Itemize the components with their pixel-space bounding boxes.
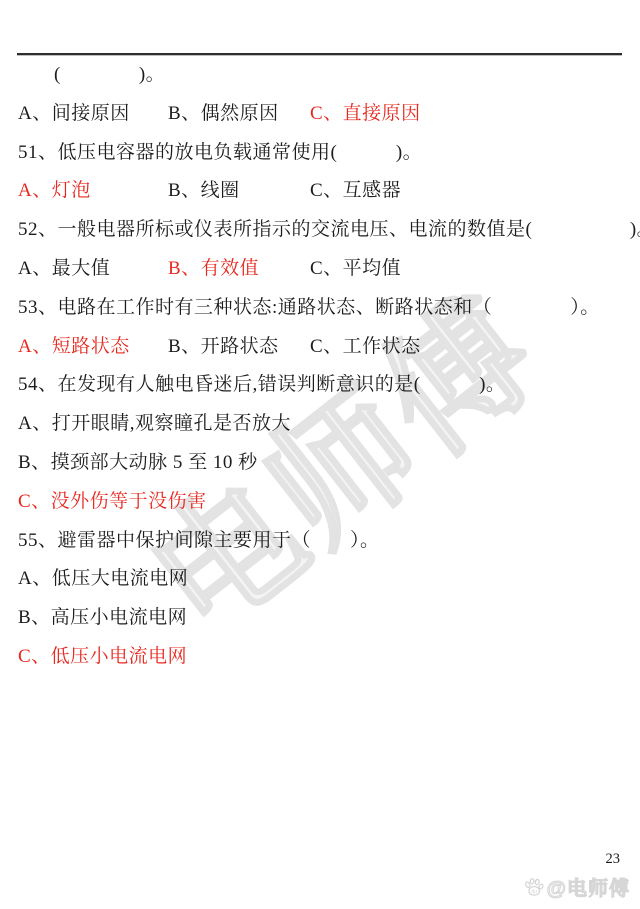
text-segment: A、最大值	[18, 250, 168, 289]
correct-answer-text: A、短路状态	[18, 328, 168, 367]
text-segment: 52、一般电器所标或仪表所指示的交流电压、电流的数值是( )。	[18, 219, 640, 240]
correct-answer-text: B、有效值	[168, 250, 310, 289]
text-segment: 53、电路在工作时有三种状态:通路状态、断路状态和（ ）。	[18, 297, 600, 318]
text-segment: A、间接原因	[18, 95, 168, 134]
baidu-paw-icon: du	[523, 876, 545, 898]
text-segment: B、线圈	[168, 172, 310, 211]
page-number: 23	[606, 851, 621, 868]
text-line: B、高压小电流电网	[18, 599, 628, 638]
text-line: 54、在发现有人触电昏迷后,错误判断意识的是( )。	[18, 366, 628, 405]
text-line: 52、一般电器所标或仪表所指示的交流电压、电流的数值是( )。	[18, 211, 628, 250]
text-line: C、低压小电流电网	[18, 638, 628, 677]
correct-answer-text: C、直接原因	[310, 95, 421, 134]
text-segment: B、高压小电流电网	[18, 607, 187, 628]
text-segment: C、工作状态	[310, 328, 421, 367]
text-segment: B、摸颈部大动脉 5 至 10 秒	[18, 452, 258, 473]
text-line: 51、低压电容器的放电负载通常使用( )。	[18, 134, 628, 173]
text-segment: B、偶然原因	[168, 95, 310, 134]
options-row: A、间接原因B、偶然原因C、直接原因	[18, 95, 628, 134]
options-row: A、短路状态B、开路状态C、工作状态	[18, 328, 628, 367]
text-segment: 55、避雷器中保护间隙主要用于（ ）。	[18, 530, 380, 551]
options-row: A、最大值B、有效值C、平均值	[18, 250, 628, 289]
text-segment: ( )。	[54, 64, 165, 85]
text-segment: 51、低压电容器的放电负载通常使用( )。	[18, 142, 422, 163]
text-segment: C、互感器	[310, 172, 401, 211]
text-line: C、没外伤等于没伤害	[18, 483, 628, 522]
text-segment: 54、在发现有人触电昏迷后,错误判断意识的是( )。	[18, 374, 505, 395]
text-line: A、打开眼睛,观察瞳孔是否放大	[18, 405, 628, 444]
footer-watermark: du @电师傅	[523, 872, 630, 901]
footer-watermark-text: @电师傅	[546, 872, 630, 901]
svg-text:du: du	[532, 889, 538, 895]
document-lines: ( )。A、间接原因B、偶然原因C、直接原因51、低压电容器的放电负载通常使用(…	[18, 56, 628, 677]
text-line: 53、电路在工作时有三种状态:通路状态、断路状态和（ ）。	[18, 289, 628, 328]
text-segment: A、低压大电流电网	[18, 568, 188, 589]
correct-answer-text: C、没外伤等于没伤害	[18, 491, 207, 512]
text-line: ( )。	[18, 56, 628, 95]
options-row: A、灯泡B、线圈C、互感器	[18, 172, 628, 211]
text-segment: C、平均值	[310, 250, 401, 289]
document-page: 电师傅 ( )。A、间接原因B、偶然原因C、直接原因51、低压电容器的放电负载通…	[0, 0, 640, 909]
text-line: B、摸颈部大动脉 5 至 10 秒	[18, 444, 628, 483]
text-line: 55、避雷器中保护间隙主要用于（ ）。	[18, 522, 628, 561]
text-segment: A、打开眼睛,观察瞳孔是否放大	[18, 413, 291, 434]
text-segment: B、开路状态	[168, 328, 310, 367]
correct-answer-text: C、低压小电流电网	[18, 646, 187, 667]
text-line: A、低压大电流电网	[18, 560, 628, 599]
correct-answer-text: A、灯泡	[18, 172, 168, 211]
